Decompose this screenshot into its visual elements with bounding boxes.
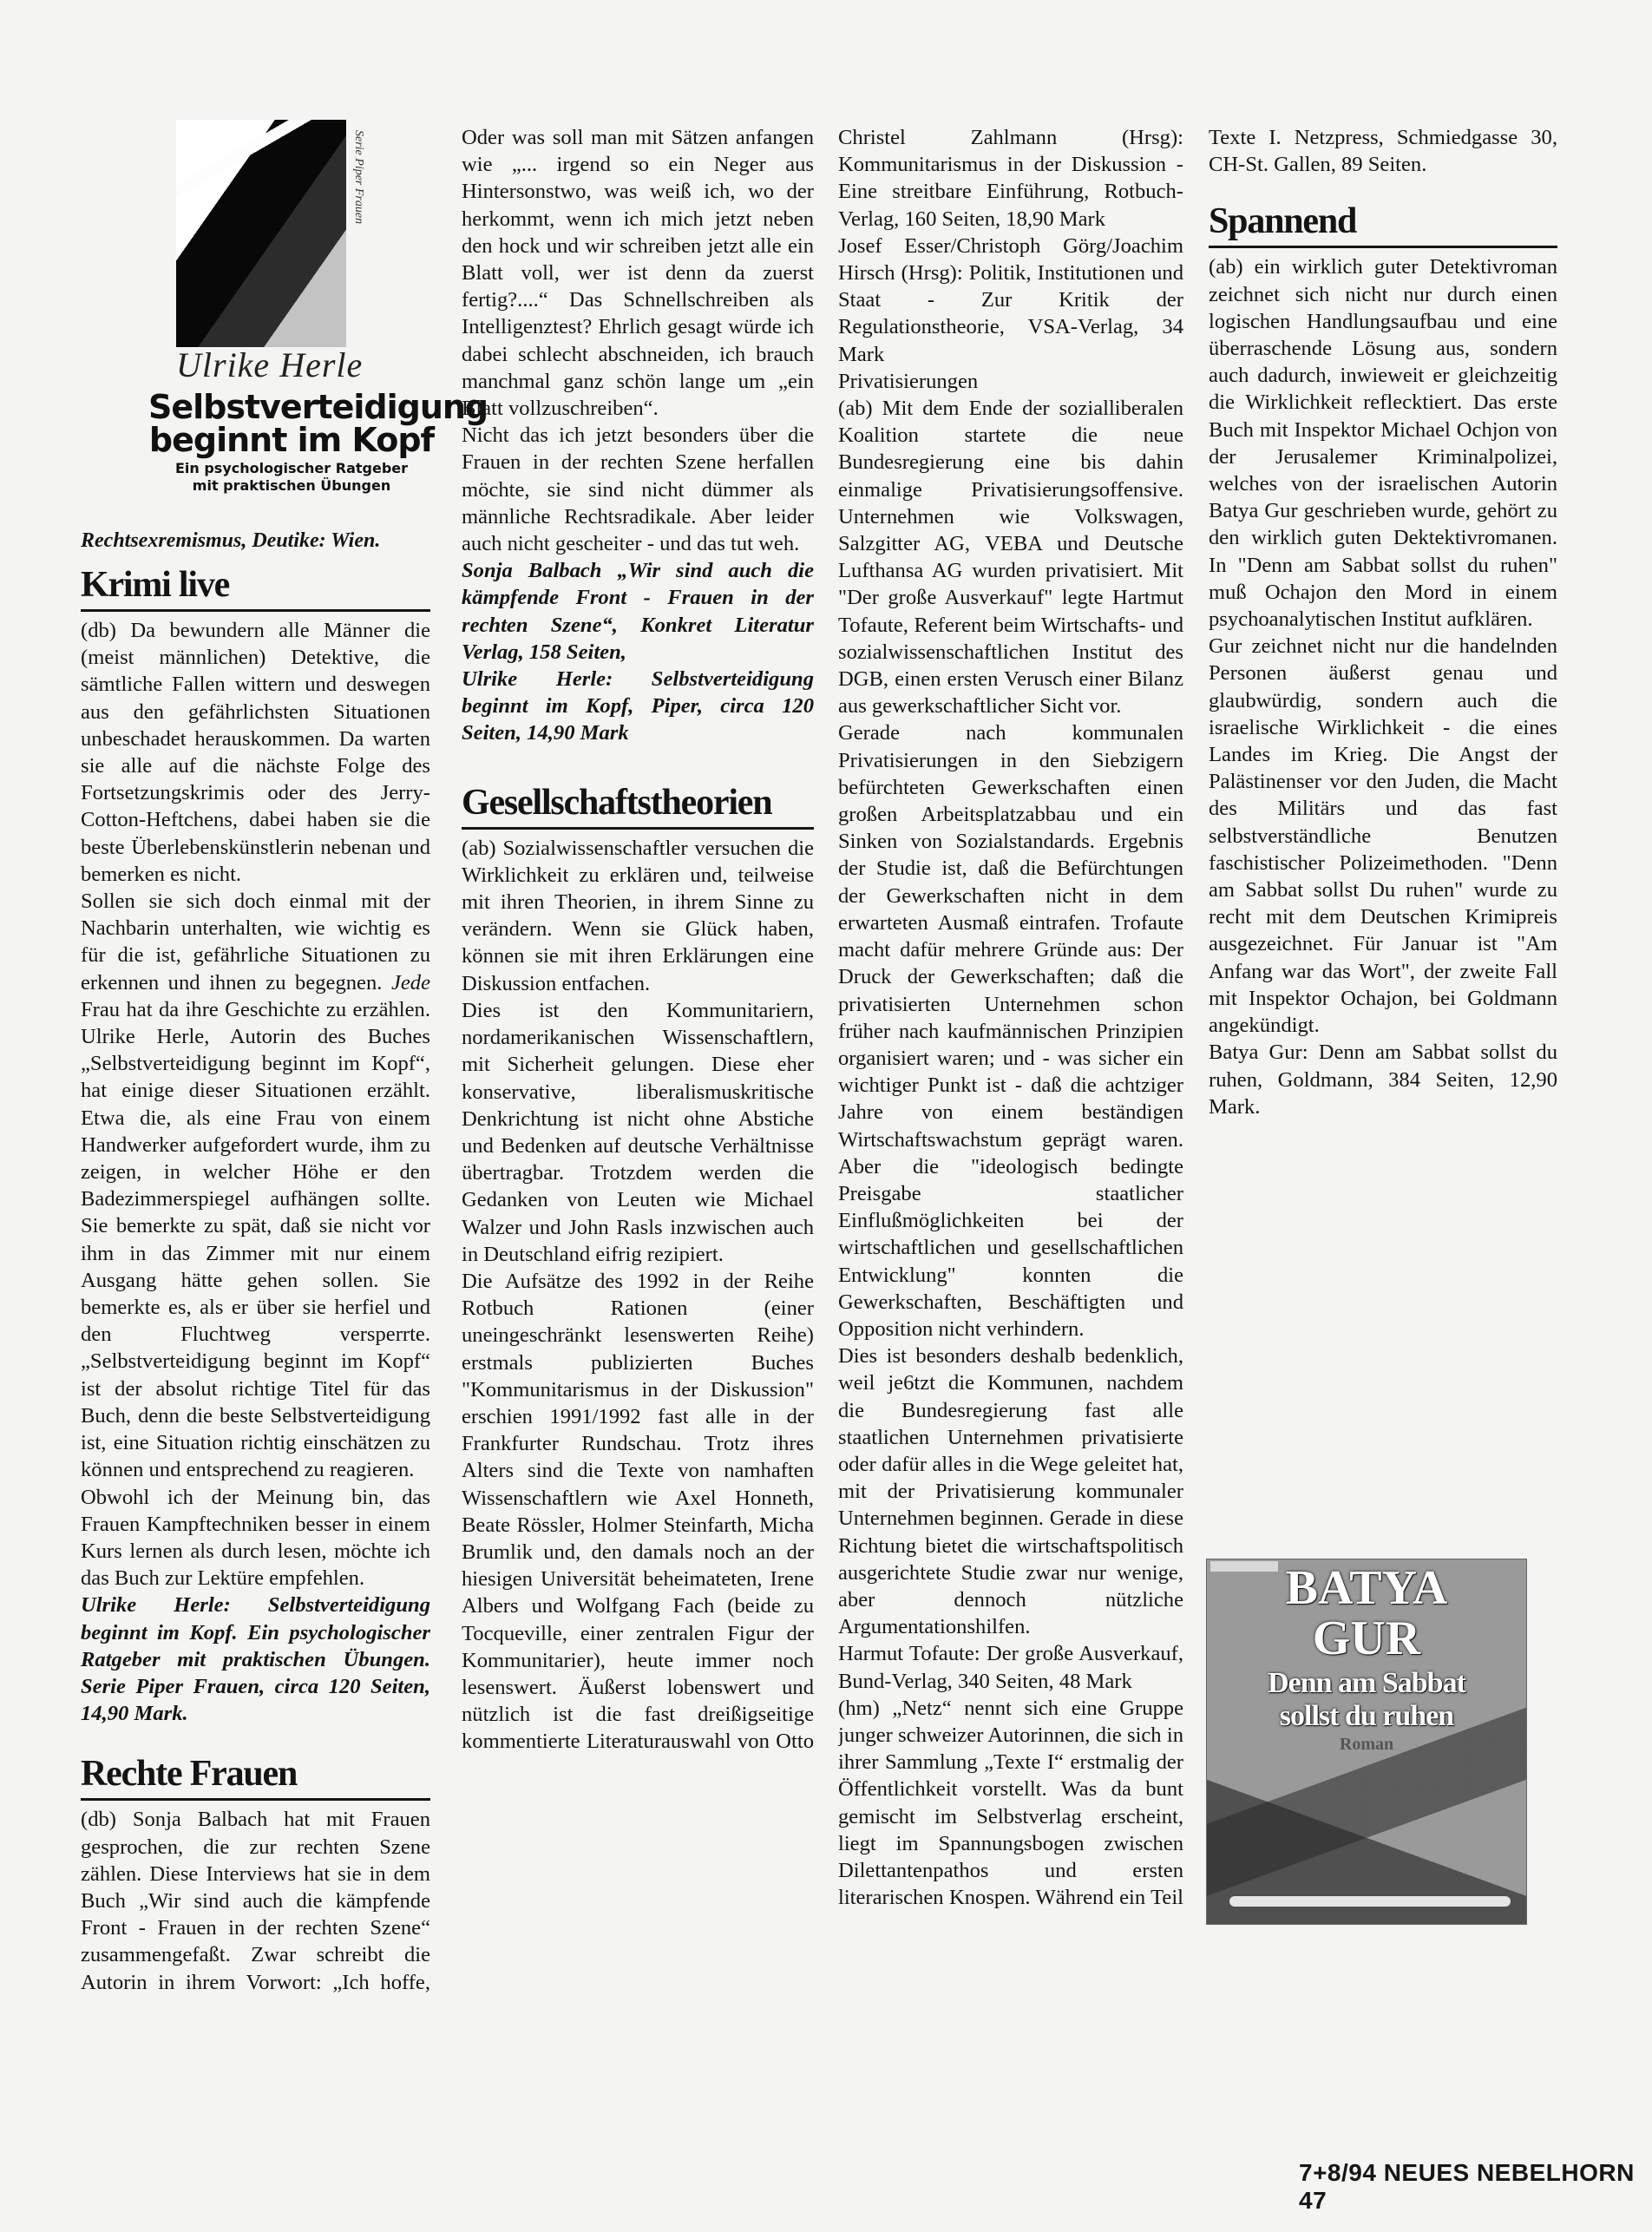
paragraph: (db) Da bewundern alle Männer die (meist… — [81, 617, 430, 888]
text-run: Frau hat da ihre Geschichte zu erzählen.… — [81, 998, 430, 1481]
cover-title-line-2: sollst du ruhen — [1207, 1700, 1526, 1733]
cover-author: BATYA GUR — [1207, 1563, 1526, 1664]
book-reference: Harmut Tofaute: Der große Ausverkauf, Bu… — [838, 1640, 1183, 1694]
paragraph: (hm) „Netz“ nennt sich eine Gruppe junge… — [838, 1695, 1183, 1912]
paragraph: Nicht das ich jetzt besonders über die F… — [462, 422, 814, 557]
paragraph: Josef Esser/Christoph Görg/Joachim Hirsc… — [838, 233, 1183, 368]
cover-series-label: Serie Piper Frauen — [345, 130, 372, 224]
paragraph: Dies ist den Kommunitariern, nordamerika… — [462, 997, 814, 1268]
book-citation: Ulrike Herle: Selbstverteidigung beginnt… — [462, 666, 814, 747]
headline-gesellschaftstheorien: Gesellschaftstheorien — [462, 782, 814, 830]
cover-author-line-2: GUR — [1207, 1613, 1526, 1664]
paragraph: Christel Zahlmann (Hrsg): Kommunitarismu… — [838, 124, 1183, 233]
paragraph: (ab) ein wirklich guter Detektivroman ze… — [1209, 253, 1557, 633]
paragraph: Obwohl ich der Meinung bin, das Frauen K… — [81, 1484, 430, 1592]
column-2: Oder was soll man mit Sätzen anfangen wi… — [462, 124, 814, 1754]
cover-title-line-1: Denn am Sabbat — [1207, 1667, 1526, 1700]
headline-krimi-live: Krimi live — [81, 564, 430, 612]
paragraph: Die Aufsätze des 1992 in der Reihe Rotbu… — [462, 1268, 814, 1754]
paragraph: Sollen sie sich doch einmal mit der Nach… — [81, 888, 430, 1483]
cover-author: Ulrike Herle — [176, 351, 363, 378]
paragraph: (ab) Sozialwissenschaftler versuchen die… — [462, 835, 814, 997]
column-3: Christel Zahlmann (Hrsg): Kommunitarismu… — [838, 124, 1183, 1912]
emphasis: Jede — [391, 971, 430, 995]
article-krimi-live: Krimi live (db) Da bewundern alle Männer… — [81, 564, 430, 1727]
column-4: Texte I. Netzpress, Schmiedgasse 30, CH-… — [1209, 124, 1557, 1120]
paragraph: (db) Sonja Balbach hat mit Frauen gespro… — [81, 1806, 430, 1995]
paragraph: Oder was soll man mit Sätzen anfangen wi… — [462, 124, 814, 422]
article-spannend: Spannend (ab) ein wirklich guter Detekti… — [1209, 200, 1557, 1120]
headline-spannend: Spannend — [1209, 200, 1557, 248]
paragraph: (ab) Mit dem Ende der sozialliberalen Ko… — [838, 395, 1183, 719]
cover-subtitle: Ein psychologischer Ratgeber mit praktis… — [148, 460, 435, 495]
cover-bar — [1229, 1896, 1511, 1907]
image-caption: Rechtsexremismus, Deutike: Wien. — [81, 528, 430, 555]
column-1: Serie Piper Frauen Ulrike Herle Selbstve… — [81, 113, 430, 1995]
book-citation: Ulrike Herle: Selbstverteidigung beginnt… — [81, 1592, 430, 1727]
paragraph: Dies ist besonders deshalb bedenklich, w… — [838, 1342, 1183, 1640]
article-rechte-frauen: Rechte Frauen (db) Sonja Balbach hat mit… — [81, 1753, 430, 1995]
text-run: Sollen sie sich doch einmal mit der Nach… — [81, 890, 430, 995]
article-gesellschaftstheorien: Gesellschaftstheorien (ab) Sozialwissens… — [462, 782, 814, 1754]
cover-subtitle-line-1: Ein psychologischer Ratgeber — [148, 460, 435, 477]
cover-title-line-2: beginnt im Kopf — [148, 423, 435, 456]
cover-title-line-1: Selbstverteidigung — [148, 391, 435, 423]
book-reference: Batya Gur: Denn am Sabbat sollst du ruhe… — [1209, 1039, 1557, 1120]
page-footer: 7+8/94 NEUES NEBELHORN 47 — [1299, 2159, 1652, 2215]
headline-rechte-frauen: Rechte Frauen — [81, 1753, 430, 1801]
book-reference: Texte I. Netzpress, Schmiedgasse 30, CH-… — [1209, 124, 1557, 178]
cover-genre: Roman — [1207, 1735, 1526, 1755]
book-cover-selbstverteidigung: Serie Piper Frauen Ulrike Herle Selbstve… — [81, 113, 430, 564]
paragraph: Gerade nach kommunalen Privatisierungen … — [838, 719, 1183, 1342]
cover-photo — [176, 120, 346, 347]
cover-title: Selbstverteidigung beginnt im Kopf — [148, 391, 435, 456]
paragraph: Gur zeichnet nicht nur die handelnden Pe… — [1209, 633, 1557, 1039]
cover-author-line-1: BATYA — [1207, 1563, 1526, 1613]
cover-subtitle-line-2: mit praktischen Übungen — [148, 477, 435, 495]
book-citation: Sonja Balbach „Wir sind auch die kämpfen… — [462, 557, 814, 666]
cover-title: Denn am Sabbat sollst du ruhen — [1207, 1667, 1526, 1733]
book-cover-batya-gur: BATYA GUR Denn am Sabbat sollst du ruhen… — [1206, 1559, 1527, 1925]
subheading-privatisierungen: Privatisierungen — [838, 368, 1183, 395]
